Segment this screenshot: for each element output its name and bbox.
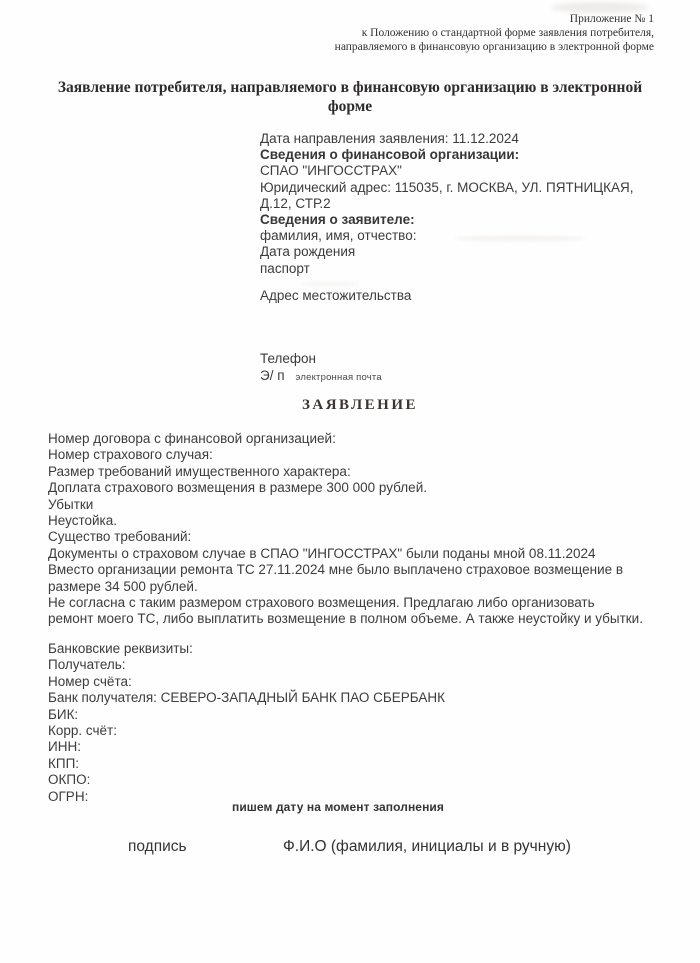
address-label: Адрес местожительства	[260, 288, 411, 303]
document-page: Приложение № 1 к Положению о стандартной…	[0, 0, 700, 963]
full-name-label: фамилия, имя, отчество:	[260, 228, 660, 244]
claim-line-disagree: Не согласна с таким размером страхового …	[48, 595, 668, 611]
claim-line-payment-instead: Вместо организации ремонта ТС 27.11.2024…	[48, 562, 668, 578]
claim-line-demand: ремонт моего ТС, либо выплатить возмещен…	[48, 611, 668, 627]
email-hint: электронная почта	[296, 372, 382, 383]
appendix-note: Приложение № 1 к Положению о стандартной…	[234, 12, 654, 55]
org-address-line1: Юридический адрес: 115035, г. МОСКВА, УЛ…	[260, 180, 660, 196]
claim-line-penalty: Неустойка.	[48, 513, 668, 529]
email-label: Э/ п	[260, 368, 285, 383]
claim-line-payment-amount: размере 34 500 рублей.	[48, 579, 668, 595]
email-line: Э/ пэлектронная почта	[260, 368, 382, 383]
bank-line-recipient: Получатель:	[48, 657, 608, 673]
birth-date-label: Дата рождения	[260, 244, 660, 260]
claim-line-claim-size-label: Размер требований имущественного характе…	[48, 464, 668, 480]
appendix-note-line2: к Положению о стандартной форме заявлени…	[234, 26, 654, 40]
recipient-info-block: Дата направления заявления: 11.12.2024 С…	[260, 131, 660, 277]
phone-label: Телефон	[260, 351, 316, 366]
bank-line-inn: ИНН:	[48, 739, 608, 755]
bank-line-kpp: КПП:	[48, 756, 608, 772]
statement-heading: ЗАЯВЛЕНИЕ	[0, 397, 700, 414]
document-title: Заявление потребителя, направляемого в ф…	[50, 78, 650, 116]
appendix-note-line3: направляемого в финансовую организацию в…	[234, 40, 654, 54]
claim-line-essence-label: Существо требований:	[48, 529, 668, 545]
bank-line-okpo: ОКПО:	[48, 772, 608, 788]
org-info-header: Сведения о финансовой организации:	[260, 147, 660, 163]
date-fill-note: пишем дату на момент заполнения	[0, 800, 676, 814]
bank-line-header: Банковские реквизиты:	[48, 641, 608, 657]
bank-line-account-number: Номер счёта:	[48, 674, 608, 690]
org-name: СПАО "ИНГОССТРАХ"	[260, 163, 660, 179]
claim-line-documents-submitted: Документы о страховом случае в СПАО "ИНГ…	[48, 546, 668, 562]
claim-line-case-number: Номер страхового случая:	[48, 447, 668, 463]
submission-date-line: Дата направления заявления: 11.12.2024	[260, 131, 660, 147]
full-name-handwritten-label: Ф.И.О (фамилия, инициалы и в ручную)	[283, 838, 571, 856]
bank-line-bank-name: Банк получателя: СЕВЕРО-ЗАПАДНЫЙ БАНК ПА…	[48, 690, 608, 706]
appendix-note-line1: Приложение № 1	[234, 12, 654, 26]
bank-line-corr-account: Корр. счёт:	[48, 723, 608, 739]
bank-line-bik: БИК:	[48, 707, 608, 723]
applicant-info-header: Сведения о заявителе:	[260, 212, 660, 228]
signature-row: подпись Ф.И.О (фамилия, инициалы и в руч…	[0, 838, 700, 862]
passport-label: паспорт	[260, 261, 660, 277]
claim-line-surcharge: Доплата страхового возмещения в размере …	[48, 480, 668, 496]
org-address-line2: Д.12, СТР.2	[260, 196, 660, 212]
scan-artifact	[300, 282, 360, 286]
signature-label: подпись	[128, 838, 187, 856]
claim-line-contract-number: Номер договора с финансовой организацией…	[48, 431, 668, 447]
claim-block: Номер договора с финансовой организацией…	[48, 431, 668, 628]
bank-details-block: Банковские реквизиты: Получатель: Номер …	[48, 641, 608, 805]
claim-line-losses: Убытки	[48, 497, 668, 513]
